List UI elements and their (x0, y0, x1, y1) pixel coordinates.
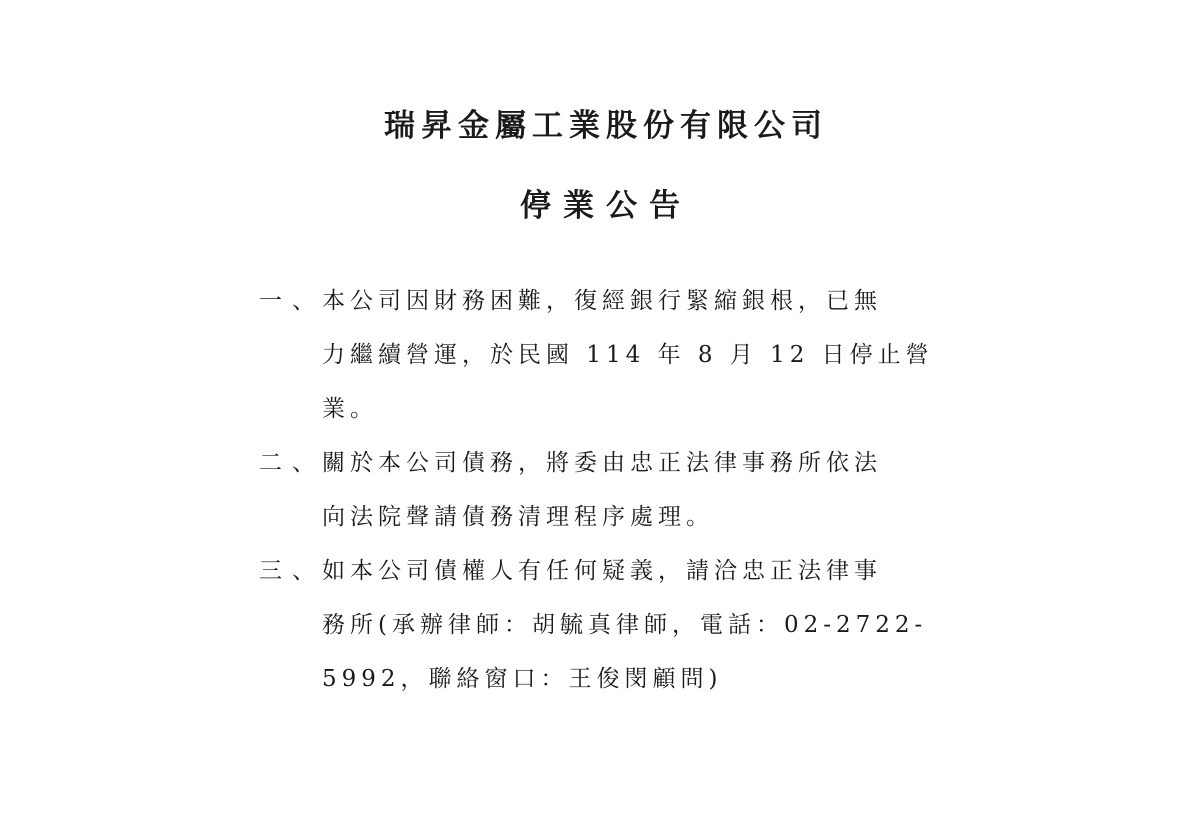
item-text-line: 業。 (322, 390, 919, 428)
item-text-line: 關於本公司債務，將委由忠正法律事務所依法 (322, 444, 919, 482)
item-text-line: 力繼續營運，於民國 114 年 8 月 12 日停止營 (322, 336, 919, 374)
item-marker: 二、 (259, 444, 325, 482)
item-text-line: 務所(承辦律師：胡毓真律師，電話：02-2722- (322, 606, 919, 644)
notice-title: 停業公告 (0, 184, 1200, 228)
notice-item-1: 一、 本公司因財務困難，復經銀行緊縮銀根，已無 力繼續營運，於民國 114 年 … (259, 282, 919, 428)
notice-items: 一、 本公司因財務困難，復經銀行緊縮銀根，已無 力繼續營運，於民國 114 年 … (259, 282, 919, 714)
item-text-line: 本公司因財務困難，復經銀行緊縮銀根，已無 (322, 282, 919, 320)
item-marker: 三、 (259, 552, 325, 590)
item-text-line: 向法院聲請債務清理程序處理。 (322, 498, 919, 536)
notice-page: 瑞昇金屬工業股份有限公司 停業公告 一、 本公司因財務困難，復經銀行緊縮銀根，已… (0, 0, 1200, 817)
company-name: 瑞昇金屬工業股份有限公司 (0, 104, 1200, 148)
item-marker: 一、 (259, 282, 325, 320)
item-text-line: 5992，聯絡窗口：王俊閔顧問) (322, 660, 919, 698)
item-text-line: 如本公司債權人有任何疑義，請洽忠正法律事 (322, 552, 919, 590)
notice-item-2: 二、 關於本公司債務，將委由忠正法律事務所依法 向法院聲請債務清理程序處理。 (259, 444, 919, 536)
notice-item-3: 三、 如本公司債權人有任何疑義，請洽忠正法律事 務所(承辦律師：胡毓真律師，電話… (259, 552, 919, 698)
